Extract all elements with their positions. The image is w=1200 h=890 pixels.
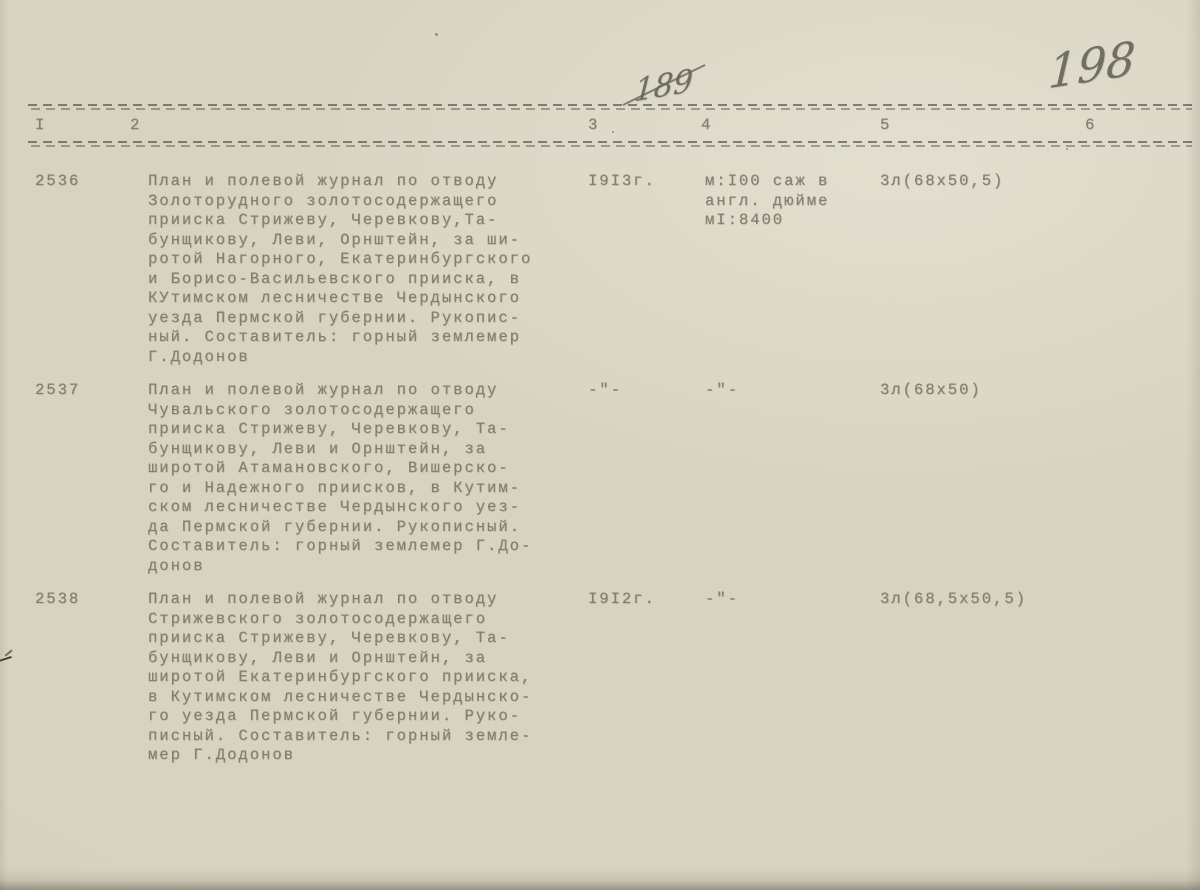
dashed-divider-top bbox=[28, 104, 1192, 111]
scan-speck bbox=[612, 131, 614, 133]
entry-size: 3л(68х50) bbox=[880, 381, 1110, 401]
archival-inventory-page: 198 189 I 2 3 4 5 6 2536 План и полевой … bbox=[0, 0, 1200, 890]
entry-size: 3л(68х50,5) bbox=[880, 172, 1110, 192]
entry-description: План и полевой журнал по отводу Чувальск… bbox=[148, 381, 598, 576]
entry-scale: -"- bbox=[705, 590, 875, 610]
dashed-divider-bottom bbox=[28, 141, 1192, 148]
column-header-2: 2 bbox=[130, 116, 141, 136]
column-header-3: 3 bbox=[588, 116, 599, 136]
scan-speck bbox=[435, 33, 438, 36]
scan-edge-right bbox=[1186, 0, 1200, 890]
entry-scale: -"- bbox=[705, 381, 875, 401]
scan-edge-left bbox=[0, 0, 8, 890]
entry-date: I9I3г. bbox=[588, 172, 698, 192]
entry-description: План и полевой журнал по отводу Стрижевс… bbox=[148, 590, 598, 766]
scan-speck bbox=[1066, 148, 1068, 150]
column-header-1: I bbox=[35, 116, 46, 136]
entry-date: -"- bbox=[588, 381, 698, 401]
entry-number: 2538 bbox=[35, 590, 135, 610]
entry-date: I9I2г. bbox=[588, 590, 698, 610]
column-header-6: 6 bbox=[1085, 116, 1096, 136]
entry-description: План и полевой журнал по отводу Золотору… bbox=[148, 172, 598, 367]
entry-size: 3л(68,5х50,5) bbox=[880, 590, 1110, 610]
column-header-5: 5 bbox=[880, 116, 891, 136]
handwritten-page-number: 198 bbox=[1047, 31, 1137, 100]
scan-edge-bottom bbox=[0, 868, 1200, 890]
entry-number: 2536 bbox=[35, 172, 135, 192]
entry-scale: м:I00 саж в англ. дюйме мI:8400 bbox=[705, 172, 875, 231]
entry-number: 2537 bbox=[35, 381, 135, 401]
column-header-4: 4 bbox=[701, 116, 712, 136]
